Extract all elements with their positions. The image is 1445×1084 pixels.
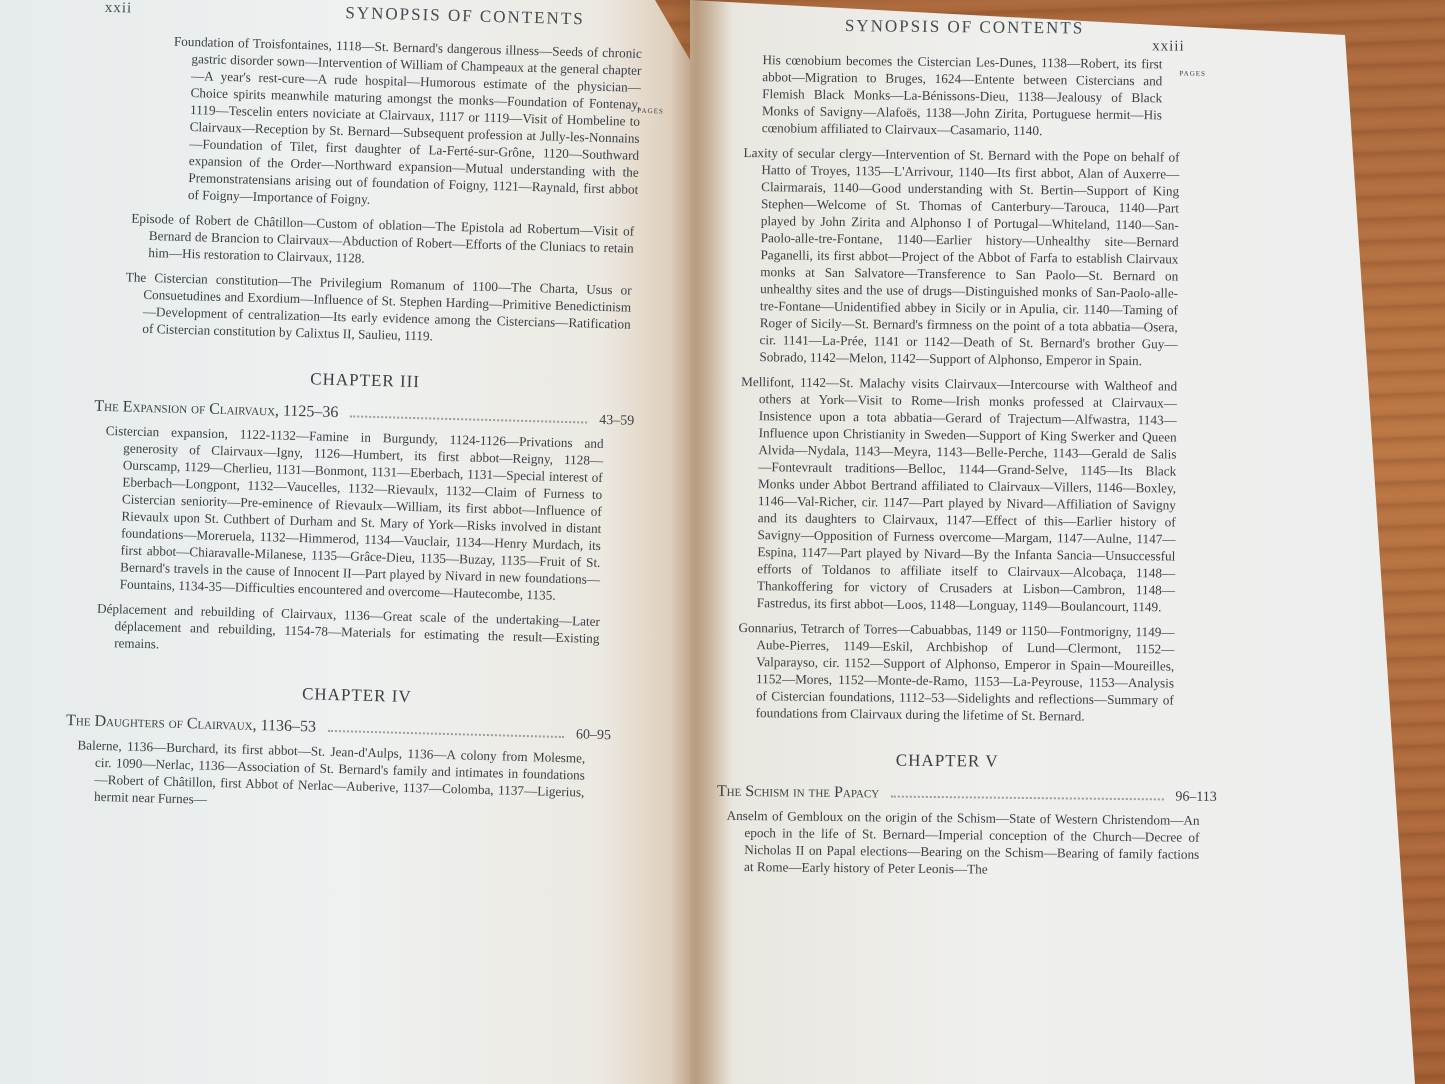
right-pages-label: PAGES [1179, 70, 1206, 78]
left-running-head-title: SYNOPSIS OF CONTENTS [345, 3, 585, 29]
left-page-content: xxii SYNOPSIS OF CONTENTS PAGES Foundati… [54, 0, 635, 826]
synopsis-entry: Déplacement and rebuilding of Clairvaux,… [96, 600, 600, 664]
chapter-4-title: The Daughters of Clairvaux, 1136–53 [66, 712, 316, 737]
left-folio: xxii [105, 0, 133, 17]
chapter-3-heading: CHAPTER III [105, 364, 625, 398]
left-pages-label: PAGES [637, 107, 664, 116]
chapter-5-page-range: 96–113 [1175, 790, 1217, 806]
synopsis-entry: Anselm of Gembloux on the origin of the … [726, 807, 1200, 880]
synopsis-entry: Balerne, 1136—Burchard, its first abbot—… [76, 736, 586, 817]
leader-dots [891, 796, 1163, 801]
synopsis-entry: His cœnobium becomes the Cistercian Les-… [762, 51, 1163, 140]
synopsis-entry: Mellifont, 1142—St. Malachy visits Clair… [739, 373, 1177, 616]
chapter-4-heading: CHAPTER IV [97, 679, 617, 713]
right-running-head-title: SYNOPSIS OF CONTENTS [845, 16, 1085, 39]
right-page-content: SYNOPSIS OF CONTENTS xxiii PAGES His cœn… [736, 15, 1185, 888]
synopsis-entry: Foundation of Troisfontaines, 1118—St. B… [170, 33, 642, 215]
synopsis-entry: Laxity of secular clergy—Intervention of… [741, 144, 1179, 370]
chapter-3-page-range: 43–59 [599, 413, 634, 430]
book-gutter [670, 0, 730, 1084]
chapter-3-title: The Expansion of Clairvaux, 1125–36 [94, 398, 338, 422]
synopsis-entry: Episode of Robert de Châtillon—Custom of… [130, 210, 634, 274]
chapter-5-title: The Schism in the Papacy [717, 783, 880, 803]
right-book-page: SYNOPSIS OF CONTENTS xxiii PAGES His cœn… [690, 0, 1445, 1084]
leader-dots [328, 730, 564, 738]
synopsis-entry: Gonnarius, Tetrarch of Torres—Cabuabbas,… [738, 619, 1175, 726]
synopsis-entry: Cistercian expansion, 1122-1132—Famine i… [102, 422, 604, 605]
left-book-page: xxii SYNOPSIS OF CONTENTS PAGES Foundati… [0, 0, 700, 1084]
synopsis-entry: The Cistercian constitution—The Privileg… [124, 268, 632, 349]
chapter-4-page-range: 60–95 [576, 727, 611, 744]
leader-dots [350, 415, 587, 423]
right-folio: xxiii [1152, 38, 1185, 54]
chapter-5-heading: CHAPTER V [737, 749, 1157, 773]
left-running-head: xxii SYNOPSIS OF CONTENTS [105, 0, 585, 29]
chapter-5-title-row[interactable]: The Schism in the Papacy 96–113 [717, 783, 1217, 806]
